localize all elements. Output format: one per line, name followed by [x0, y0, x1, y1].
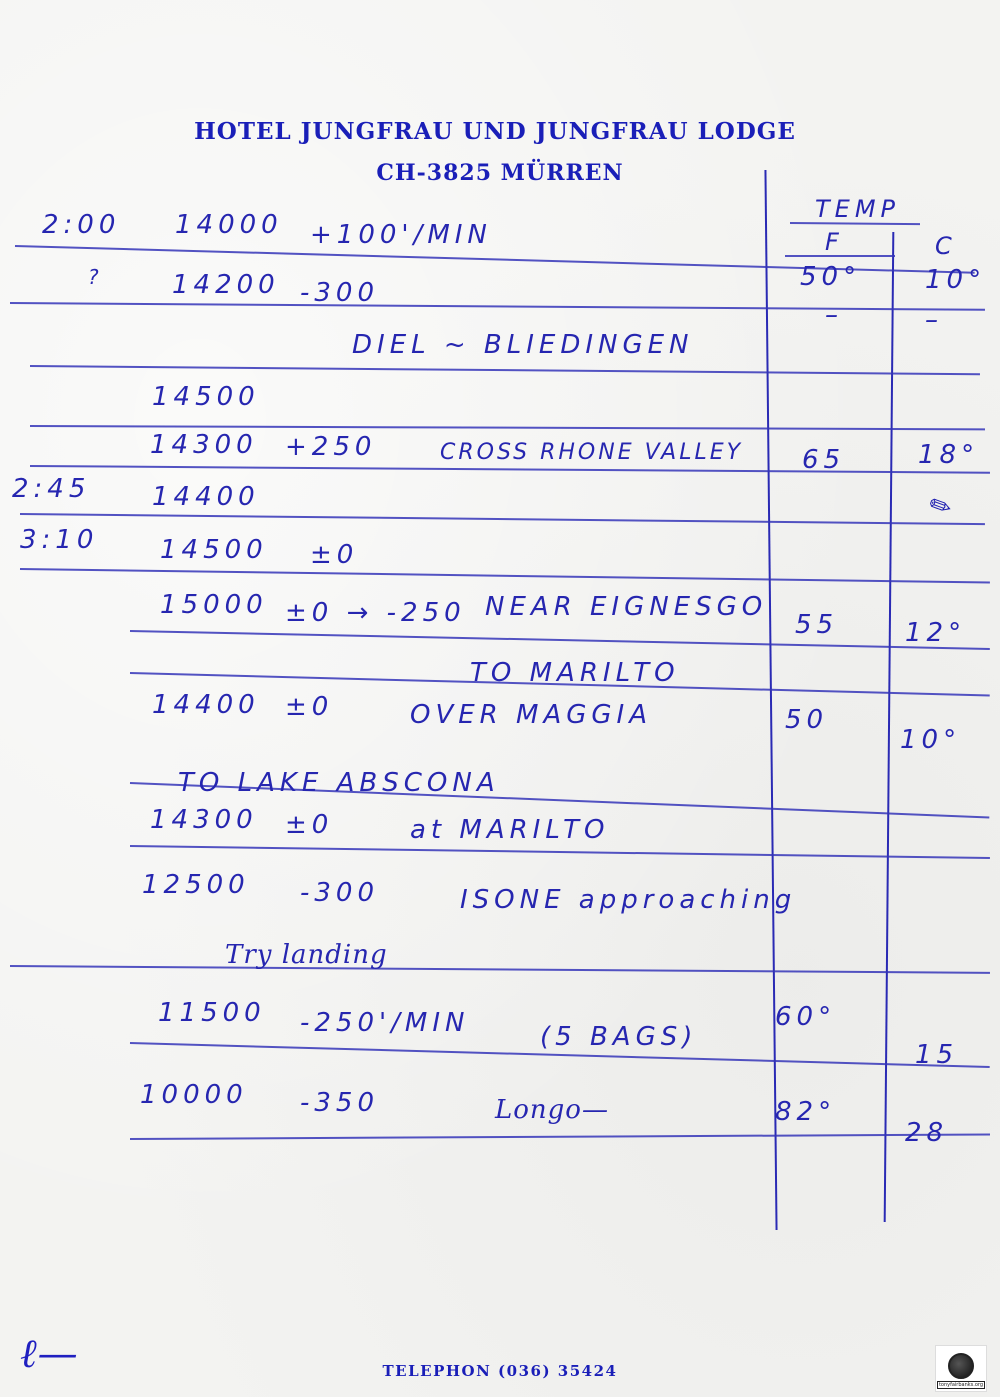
row-temp-f: 82°	[775, 1097, 836, 1127]
row-time: 3:10	[20, 525, 98, 555]
ruled-line	[20, 513, 985, 525]
temp-column-divider	[884, 232, 895, 1222]
row-rate: ±0	[310, 540, 358, 570]
row-temp-f: 65	[802, 445, 845, 475]
ruled-line	[130, 630, 990, 650]
row-altitude: 14500	[160, 535, 268, 565]
ruled-line	[30, 465, 990, 474]
row-altitude: 14200	[172, 270, 280, 300]
row-altitude: 15000	[160, 590, 268, 620]
letterhead-address: CH-3825 MÜRREN	[0, 160, 1000, 186]
temp-header-title: TEMP	[815, 195, 900, 223]
row-altitude: 10000	[140, 1080, 248, 1110]
row-note: DIEL ~ BLIEDINGEN	[352, 330, 694, 360]
hot-air-balloon-icon	[948, 1353, 974, 1379]
row-altitude: 11500	[158, 998, 266, 1028]
ruled-line	[20, 568, 990, 584]
row-note: CROSS RHONE VALLEY	[440, 440, 743, 465]
row-temp-f: 50	[785, 705, 828, 735]
row-rate: ±0	[285, 810, 333, 840]
row-rate: -350	[300, 1088, 379, 1118]
row-rate: -250'/MIN	[300, 1008, 469, 1038]
row-note: NEAR EIGNESGO	[485, 592, 767, 622]
letter-page: HOTEL JUNGFRAU UND JUNGFRAU LODGE CH-382…	[0, 0, 1000, 1397]
row-altitude: 14300	[150, 805, 258, 835]
row-rate: ±0	[285, 692, 333, 722]
temp-header-fahrenheit: F	[825, 228, 844, 256]
ruled-line	[130, 845, 990, 859]
row-note: TO MARILTO	[470, 658, 680, 688]
row-temp-f: 55	[795, 610, 838, 640]
ruled-line	[130, 1133, 990, 1140]
scribble-icon: ✎	[925, 489, 957, 525]
row-note: TO LAKE ABSCONA	[178, 768, 500, 798]
row-temp-c: 15	[915, 1040, 958, 1070]
row-altitude: 14400	[152, 690, 260, 720]
row-rate: +250	[285, 432, 376, 462]
row-temp-c: 10°	[900, 725, 961, 755]
row-temp-f: –	[825, 300, 843, 330]
row-rate: ±0 → -250	[285, 598, 466, 628]
temp-header-celsius: C	[935, 232, 957, 260]
row-altitude: 14500	[152, 382, 260, 412]
row-temp-c: 10°	[925, 265, 986, 295]
watermark-logo: tonyfairbanks.org	[935, 1345, 987, 1392]
row-time: 2:45	[12, 474, 90, 504]
row-altitude: 14400	[152, 482, 260, 512]
row-temp-f: 50°	[800, 262, 861, 292]
row-rate: -300	[300, 278, 379, 308]
row-note: at MARILTO	[410, 815, 609, 845]
row-note: Longo—	[495, 1095, 609, 1125]
ruled-line	[30, 365, 980, 375]
row-time: 2:00	[42, 210, 120, 240]
row-altitude: 12500	[142, 870, 250, 900]
row-temp-c: 12°	[905, 618, 966, 648]
row-rate: -300	[300, 878, 379, 908]
letterhead-telephone: TELEPHON (036) 35424	[0, 1362, 1000, 1380]
letterhead-hotel-name: HOTEL JUNGFRAU UND JUNGFRAU LODGE	[0, 118, 995, 145]
row-note: ISONE approaching	[460, 885, 796, 915]
row-note: (5 BAGS)	[540, 1022, 697, 1052]
ruled-line	[10, 965, 990, 974]
row-rate: +100'/MIN	[310, 220, 492, 250]
row-time: ?	[88, 265, 104, 289]
row-note: OVER MAGGIA	[410, 700, 652, 730]
temp-column-left-border	[764, 170, 777, 1230]
row-temp-f: 60°	[775, 1002, 836, 1032]
row-altitude: 14300	[150, 430, 258, 460]
row-temp-c: –	[925, 305, 943, 335]
row-altitude: 14000	[175, 210, 283, 240]
row-note: Try landing	[225, 940, 388, 970]
row-temp-c: 18°	[918, 440, 979, 470]
row-temp-c: 28	[905, 1118, 948, 1148]
watermark-label: tonyfairbanks.org	[937, 1381, 985, 1389]
